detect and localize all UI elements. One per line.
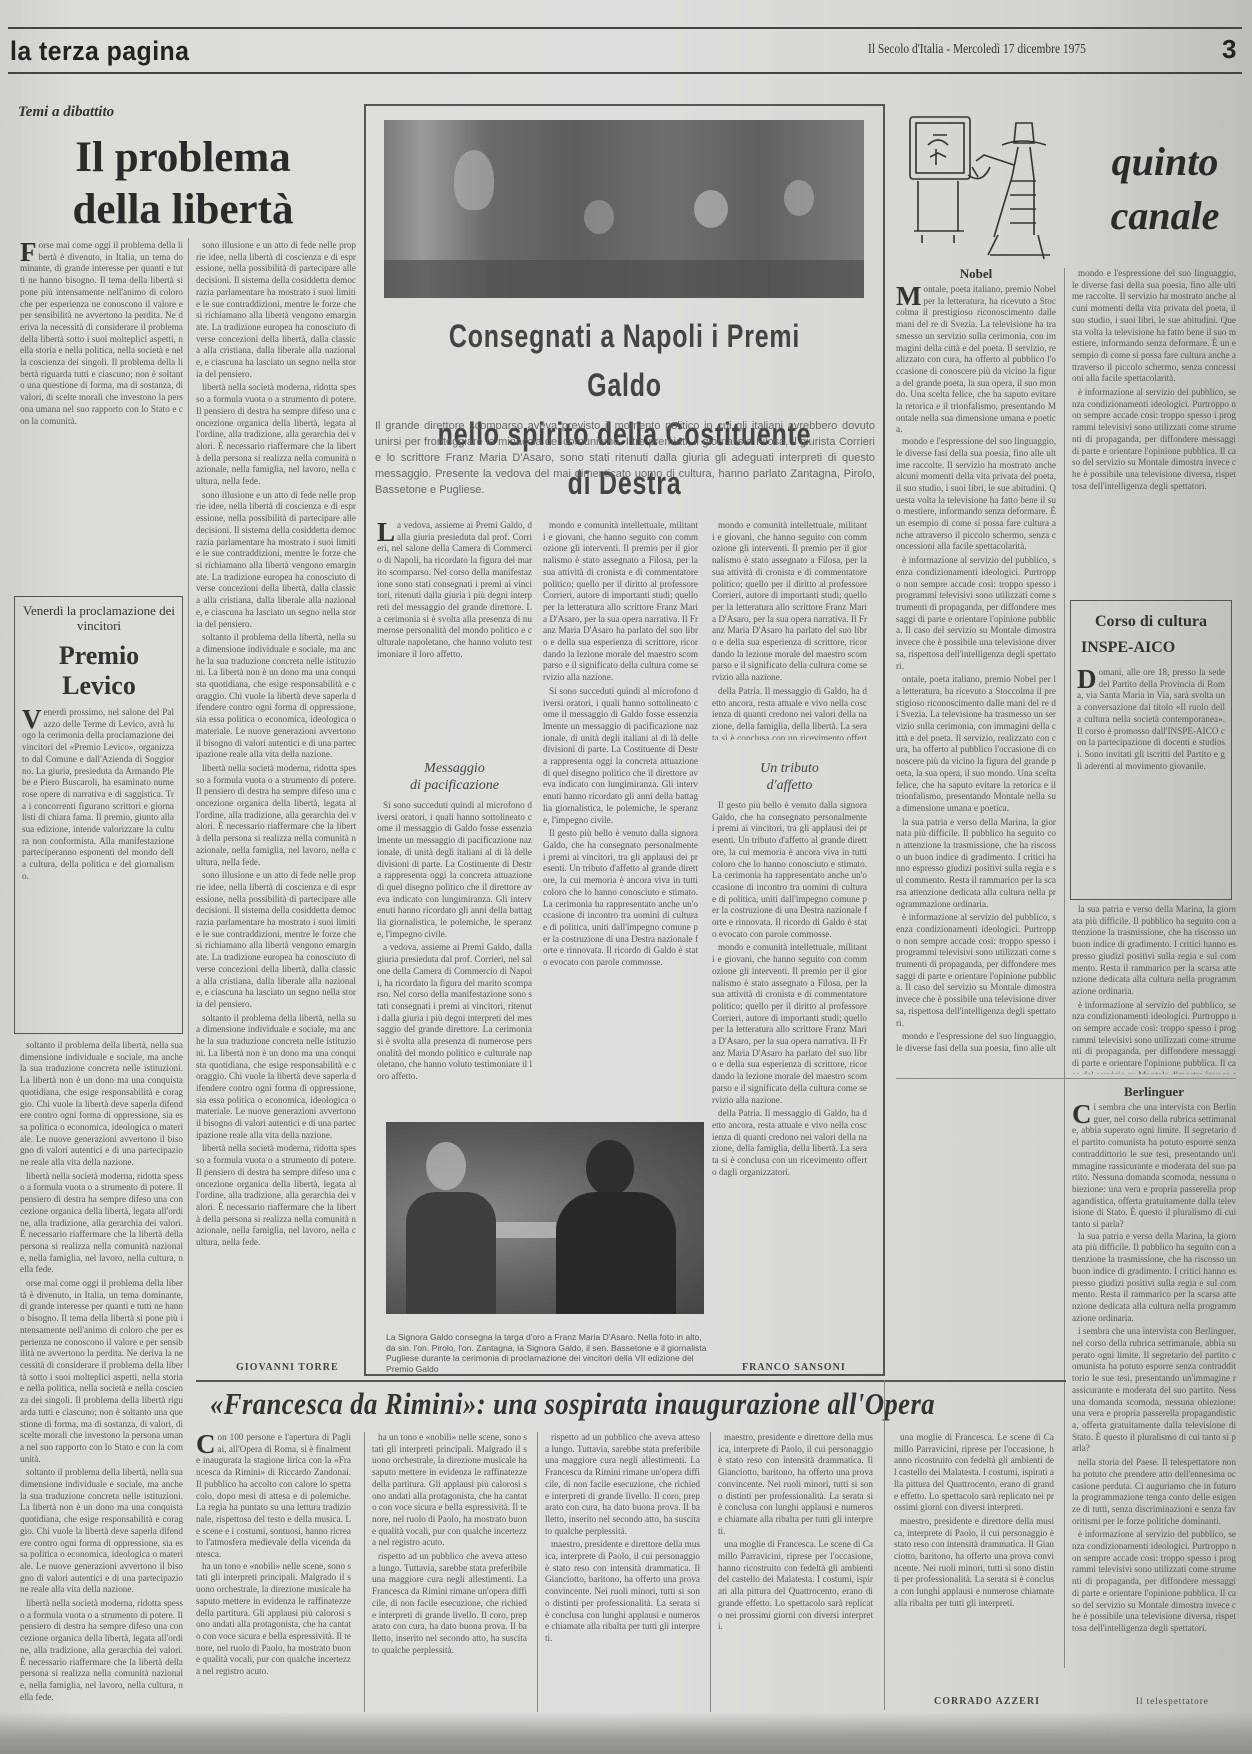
drop-cap: D bbox=[1077, 668, 1097, 690]
article-text: Il gesto più bello è venuto dalla signor… bbox=[543, 828, 698, 968]
article-text: soltanto il problema della libertà, nell… bbox=[20, 1040, 183, 1169]
byline: Il telespettatore bbox=[1136, 1696, 1209, 1706]
article-column: soltanto il problema della libertà, nell… bbox=[20, 1040, 183, 1740]
quinto-canale-title: quinto canale bbox=[1080, 135, 1250, 243]
article-text: mondo e l'espressione del suo linguaggio… bbox=[896, 436, 1056, 553]
article-text: libertà nella società moderna, ridotta s… bbox=[196, 763, 356, 868]
article-text: la sua patria e verso della Marina, la g… bbox=[896, 817, 1056, 911]
subheading-line: di pacificazione bbox=[377, 777, 532, 794]
title-line: canale bbox=[1080, 189, 1250, 243]
photo-caption: La Signora Galdo consegna la targa d'oro… bbox=[386, 1332, 711, 1374]
article-text: sono illusione e un atto di fede nelle p… bbox=[196, 870, 356, 1010]
premio-levico-box: Venerdì la proclamazione dei vincitori P… bbox=[14, 596, 183, 1034]
article-text: nella storia del Paese. Il telespettator… bbox=[1072, 1457, 1236, 1527]
article-text: ha un tono e «nobili» nelle scene, sono … bbox=[372, 1432, 527, 1549]
page-bottom-shadow bbox=[0, 1712, 1252, 1754]
article-text: sono illusione e un atto di fede nelle p… bbox=[196, 490, 356, 630]
article-column: una moglie di Francesca. Le scene di Cam… bbox=[894, 1432, 1054, 1672]
masthead-rule bbox=[8, 72, 1242, 74]
article-column: la sua patria e verso della Marina, la g… bbox=[1072, 904, 1236, 1074]
headline-line: Il problema bbox=[58, 132, 308, 184]
section-title: la terza pagina bbox=[10, 36, 189, 67]
corso-text: D omani, alle ore 18, presso la sede del… bbox=[1077, 667, 1225, 891]
article-column: M ontale, poeta italiano, premio Nobel p… bbox=[896, 284, 1056, 1054]
subheading-line: Un tributo bbox=[712, 760, 867, 777]
corso-cultura-box: Corso di cultura INSPE-AICO D omani, all… bbox=[1070, 600, 1232, 900]
column-divider bbox=[1064, 268, 1065, 1668]
section-divider bbox=[196, 1380, 1066, 1382]
article-text: rispetto ad un pubblico che aveva atteso… bbox=[372, 1551, 527, 1656]
article-column: maestro, presidente e direttore della mu… bbox=[718, 1432, 873, 1702]
article-text: orse mai come oggi il problema della lib… bbox=[20, 240, 183, 426]
article-kicker: Temi a dibattito bbox=[18, 104, 114, 121]
article-text: orse mai come oggi il problema della lib… bbox=[20, 1278, 183, 1465]
article-text: mondo e comunità intellettuale, militant… bbox=[712, 520, 867, 684]
article-text: Il gesto più bello è venuto dalla signor… bbox=[712, 800, 867, 940]
berlinguer-heading: Berlinguer bbox=[1072, 1084, 1236, 1100]
box-body: enerdì prossimo, nel salone del Palazzo … bbox=[22, 707, 174, 881]
drop-cap: C bbox=[196, 1433, 216, 1455]
title-line: quinto bbox=[1080, 135, 1250, 189]
article-text: è informazione al servizio del pubblico,… bbox=[896, 555, 1056, 672]
drop-cap: V bbox=[22, 708, 42, 730]
column-divider bbox=[188, 238, 189, 1368]
subheading: Un tributo d'affetto bbox=[712, 760, 867, 794]
article-text: on 100 persone e l'apertura di Pagliai, … bbox=[196, 1432, 351, 1559]
article-text: è informazione al servizio del pubblico,… bbox=[896, 912, 1056, 1029]
headline-line: Consegnati a Napoli i Premi Galdo bbox=[428, 312, 822, 410]
article-text: rispetto ad un pubblico che aveva atteso… bbox=[545, 1432, 700, 1537]
article-text: libertà nella società moderna, ridotta s… bbox=[196, 382, 356, 487]
article-text: ontale, poeta italiano, premio Nobel per… bbox=[896, 674, 1056, 814]
article-text: a vedova, assieme ai Premi Galdo, dalla … bbox=[377, 942, 532, 1082]
section-divider bbox=[896, 1078, 1236, 1079]
article-text: mondo e comunità intellettuale, militant… bbox=[712, 942, 867, 1106]
byline: CORRADO AZZERI bbox=[934, 1696, 1040, 1707]
article-text: maestro, presidente e direttore della mu… bbox=[545, 1539, 700, 1644]
article-text: mondo e l'espressione del suo linguaggio… bbox=[1072, 268, 1236, 385]
corso-heading: Corso di cultura bbox=[1075, 613, 1227, 631]
article-text: i sembra che una intervista con Berlingu… bbox=[1072, 1102, 1236, 1229]
nobel-heading: Nobel bbox=[896, 266, 1056, 282]
article-text: a vedova, assieme ai Premi Galdo, dalla … bbox=[377, 520, 532, 659]
article-text: i sembra che una intervista con Berlingu… bbox=[1072, 1326, 1236, 1455]
article-column: F orse mai come oggi il problema della l… bbox=[20, 240, 183, 590]
article-text: maestro, presidente e direttore della mu… bbox=[718, 1432, 873, 1537]
photo-award-handover bbox=[386, 1122, 704, 1314]
article-text: una moglie di Francesca. Le scene di Cam… bbox=[718, 1539, 873, 1633]
byline: FRANCO SANSONI bbox=[742, 1362, 846, 1373]
box-kicker: Venerdì la proclamazione dei vincitori bbox=[19, 603, 179, 633]
article-text: maestro, presidente e direttore della mu… bbox=[894, 1516, 1054, 1610]
article-text: soltanto il problema della libertà, nell… bbox=[20, 1467, 183, 1596]
article-text: ontale, poeta italiano, premio Nobel per… bbox=[896, 284, 1056, 434]
article-text: è informazione al servizio del pubblico,… bbox=[1072, 1000, 1236, 1074]
subheading-line: d'affetto bbox=[712, 777, 867, 794]
article-text: una moglie di Francesca. Le scene di Cam… bbox=[894, 1432, 1054, 1514]
article-text: Si sono succeduti quindi al microfono di… bbox=[377, 800, 532, 940]
article-column: ha un tono e «nobili» nelle scene, sono … bbox=[372, 1432, 527, 1702]
top-rule bbox=[8, 27, 1242, 29]
headline-line: della libertà bbox=[58, 184, 308, 236]
article-text: libertà nella società moderna, ridotta s… bbox=[20, 1171, 183, 1276]
article-text: soltanto il problema della libertà, nell… bbox=[196, 632, 356, 761]
column-divider bbox=[537, 1432, 538, 1712]
article-column: sono illusione e un atto di fede nelle p… bbox=[196, 240, 356, 1330]
drop-cap: F bbox=[20, 241, 37, 263]
article-text: della Patria. Il messaggio di Galdo, ha … bbox=[712, 1108, 867, 1178]
article-column: mondo e comunità intellettuale, militant… bbox=[543, 520, 698, 1120]
article-text: la sua patria e verso della Marina, la g… bbox=[1072, 904, 1236, 998]
article-column: Si sono succeduti quindi al microfono di… bbox=[377, 800, 532, 1120]
box-title-line: Levico bbox=[19, 671, 179, 701]
article-column: C i sembra che una intervista con Berlin… bbox=[1072, 1102, 1236, 1662]
drop-cap: C bbox=[1072, 1103, 1092, 1125]
corso-subheading: INSPE-AICO bbox=[1075, 639, 1233, 657]
article-text: della Patria. Il messaggio di Galdo, ha … bbox=[712, 686, 867, 740]
article-column: L a vedova, assieme ai Premi Galdo, dall… bbox=[377, 520, 532, 740]
article-text: ha un tono e «nobili» nelle scene, sono … bbox=[196, 1561, 351, 1678]
box-text: V enerdì prossimo, nel salone del Palazz… bbox=[22, 707, 174, 1025]
box-title: Premio Levico bbox=[19, 641, 179, 701]
corso-body: omani, alle ore 18, presso la sede del P… bbox=[1077, 667, 1225, 771]
article-column: mondo e comunità intellettuale, militant… bbox=[712, 520, 867, 740]
photo-ceremony-panel bbox=[384, 120, 864, 298]
publication-date: Il Secolo d'Italia - Mercoledì 17 dicemb… bbox=[868, 42, 1086, 58]
article-text: Si sono succeduti quindi al microfono di… bbox=[543, 686, 698, 826]
subheading-line: Messaggio bbox=[377, 760, 532, 777]
column-divider bbox=[884, 1380, 885, 1710]
column-divider bbox=[364, 1432, 365, 1712]
box-title-line: Premio bbox=[19, 641, 179, 671]
article-column: mondo e l'espressione del suo linguaggio… bbox=[1072, 268, 1236, 594]
cartoon-tv-cowboy-illustration bbox=[898, 105, 1068, 265]
article-text: soltanto il problema della libertà, nell… bbox=[196, 1013, 356, 1142]
article-text: è informazione al servizio del pubblico,… bbox=[1072, 387, 1236, 492]
page-number: 3 bbox=[1222, 34, 1236, 65]
newspaper-page: la terza pagina Il Secolo d'Italia - Mer… bbox=[0, 0, 1252, 1754]
opera-headline: «Francesca da Rimini»: una sospirata ina… bbox=[210, 1386, 935, 1422]
article-column: rispetto ad un pubblico che aveva atteso… bbox=[545, 1432, 700, 1702]
article-text: libertà nella società moderna, ridotta s… bbox=[20, 1598, 183, 1703]
galdo-lead: Il grande direttore scomparso aveva prev… bbox=[375, 418, 875, 498]
drop-cap: M bbox=[896, 285, 921, 307]
drop-cap: L bbox=[377, 521, 395, 543]
article-headline: Il problema della libertà bbox=[58, 132, 308, 236]
article-column: Il gesto più bello è venuto dalla signor… bbox=[712, 800, 867, 1320]
article-text: sono illusione e un atto di fede nelle p… bbox=[196, 240, 356, 380]
article-column: C on 100 persone e l'apertura di Pagliai… bbox=[196, 1432, 351, 1702]
article-text: la sua patria e verso della Marina, la g… bbox=[1072, 1231, 1236, 1325]
byline: GIOVANNI TORRE bbox=[236, 1362, 339, 1373]
article-text: mondo e comunità intellettuale, militant… bbox=[543, 520, 698, 684]
article-text: libertà nella società moderna, ridotta s… bbox=[196, 1143, 356, 1248]
article-text: mondo e l'espressione del suo linguaggio… bbox=[896, 1031, 1056, 1054]
column-divider bbox=[710, 1432, 711, 1712]
subheading: Messaggio di pacificazione bbox=[377, 760, 532, 794]
article-text: è informazione al servizio del pubblico,… bbox=[1072, 1529, 1236, 1634]
